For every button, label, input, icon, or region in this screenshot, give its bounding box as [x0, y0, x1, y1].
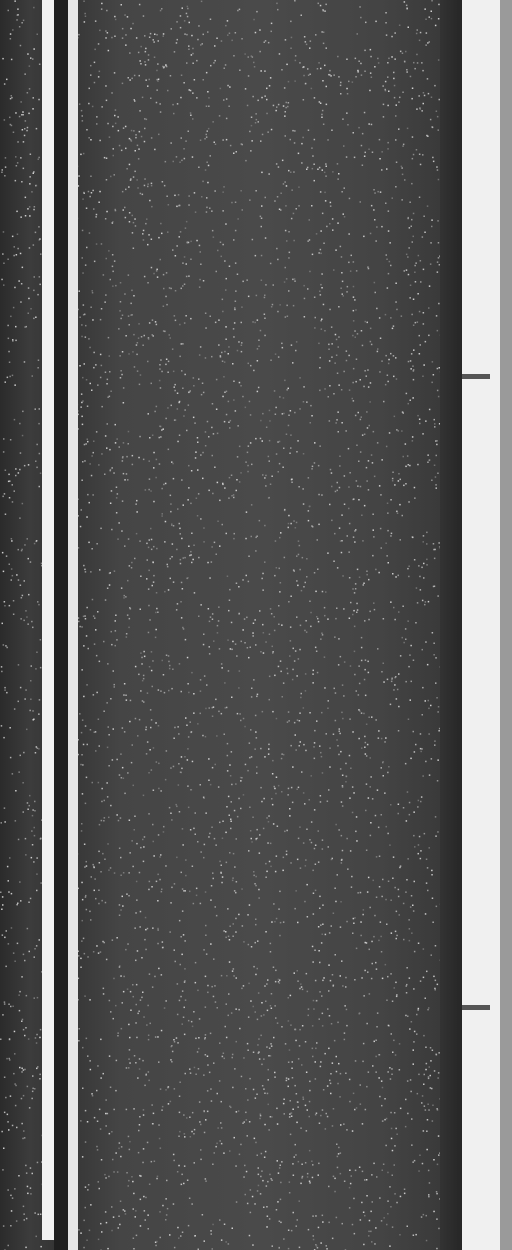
- line-gap: [54, 0, 68, 1250]
- road-scene: Top-down view of asphalt road surface wi…: [0, 0, 512, 1250]
- curb-joint: [462, 1005, 490, 1010]
- curb-edge: [500, 0, 512, 1250]
- curb-joint: [462, 374, 490, 379]
- concrete-curb: [462, 0, 500, 1250]
- gutter: [440, 0, 462, 1250]
- lane-line-right: [68, 0, 78, 1250]
- lane-line-left: [42, 0, 54, 1240]
